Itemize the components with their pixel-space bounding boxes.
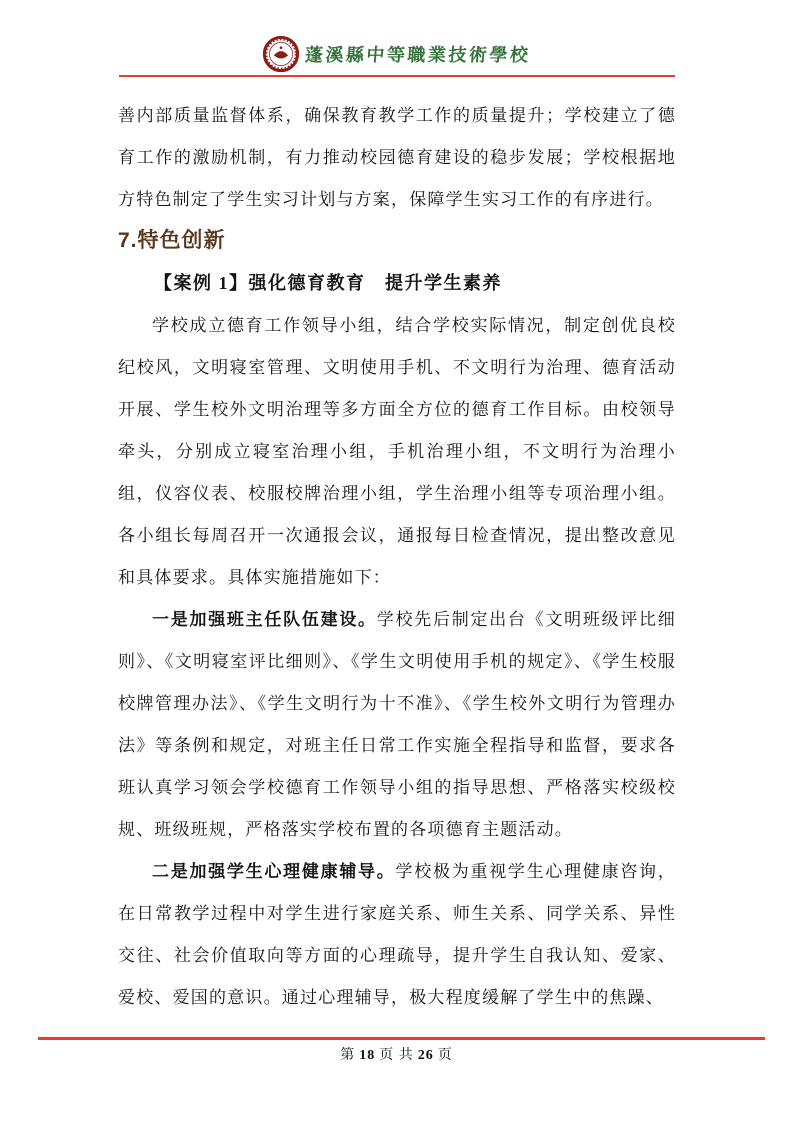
document-body: 善内部质量监督体系，确保教育教学工作的质量提升；学校建立了德育工作的激励机制，有… [118,95,676,1019]
header-rule [119,75,675,77]
page-header: 蓬溪縣中等職業技術學校 [0,32,793,76]
case-heading: 【案例 1】强化德育教育 提升学生素养 [118,261,676,305]
paragraph-text: 学校成立德育工作领导小组，结合学校实际情况，制定创优良校纪校风，文明寝室管理、文… [118,316,676,587]
intro-paragraph: 善内部质量监督体系，确保教育教学工作的质量提升；学校建立了德育工作的激励机制，有… [118,95,676,221]
paragraph-measure-2: 二是加强学生心理健康辅导。学校极为重视学生心理健康咨询，在日常教学过程中对学生进… [118,851,676,1019]
paragraph-measure-1: 一是加强班主任队伍建设。学校先后制定出台《文明班级评比细则》、《文明寝室评比细则… [118,599,676,851]
school-seal-icon [262,35,300,73]
paragraph-text: 学校极为重视学生心理健康咨询，在日常教学过程中对学生进行家庭关系、师生关系、同学… [118,862,676,1007]
total-page-number: 26 [418,1048,434,1063]
current-page-number: 18 [359,1048,375,1063]
document-page: 蓬溪縣中等職業技術學校 善内部质量监督体系，确保教育教学工作的质量提升；学校建立… [0,0,793,1122]
section-heading: 7.特色创新 [118,221,676,261]
paragraph-lead: 一是加强班主任队伍建设。 [152,610,377,629]
page-number-mid: 页 共 [379,1048,414,1063]
paragraph-overview: 学校成立德育工作领导小组，结合学校实际情况，制定创优良校纪校风，文明寝室管理、文… [118,305,676,599]
paragraph-lead: 二是加强学生心理健康辅导。 [152,862,396,881]
page-number-suffix: 页 [438,1048,453,1063]
footer-rule [38,1037,765,1040]
page-number-prefix: 第 [340,1048,355,1063]
page-footer: 第18页 共26页 [0,1044,793,1064]
school-name: 蓬溪縣中等職業技術學校 [304,41,531,67]
paragraph-text: 学校先后制定出台《文明班级评比细则》、《文明寝室评比细则》、《学生文明使用手机的… [118,610,676,839]
